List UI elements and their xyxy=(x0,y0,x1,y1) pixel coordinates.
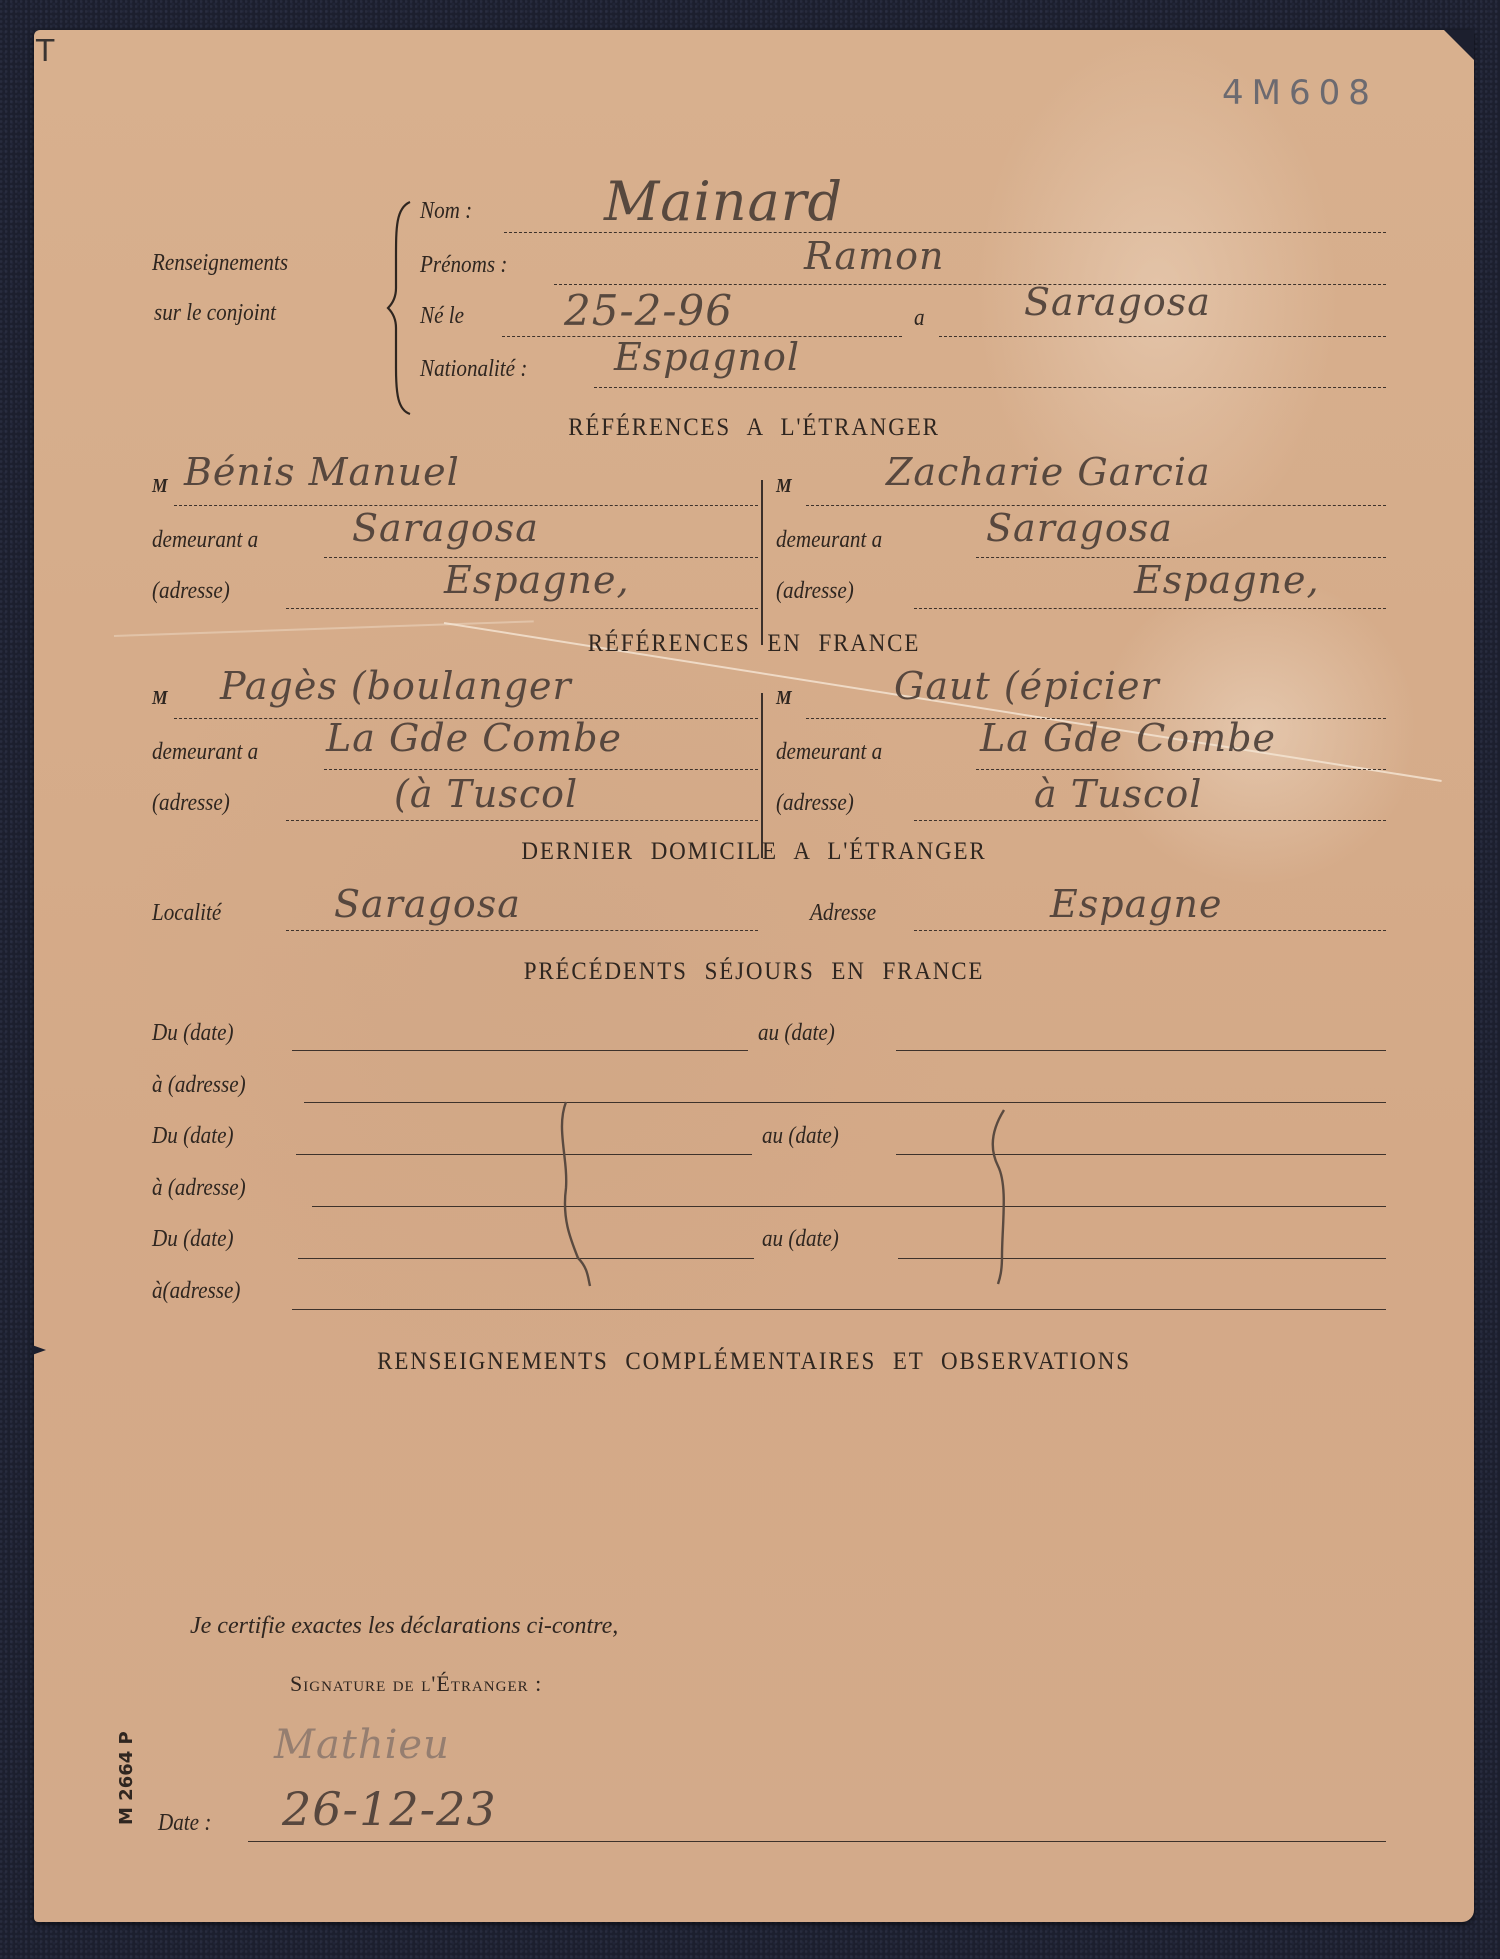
born-at-value[interactable]: Saragosa xyxy=(1024,280,1211,324)
refs-france-left-address-label: (adresse) xyxy=(152,790,230,817)
nationality-label: Nationalité : xyxy=(420,356,527,383)
name-value[interactable]: Mainard xyxy=(604,170,843,233)
nationality-line xyxy=(594,387,1386,388)
stay2-to-label: au (date) xyxy=(762,1123,839,1150)
strike-brace-right-icon xyxy=(984,1106,1044,1286)
refs-abroad-right-residing-value[interactable]: Saragosa xyxy=(986,506,1173,550)
spouse-brace xyxy=(386,198,416,418)
refs-france-divider xyxy=(761,693,763,858)
edge-nick xyxy=(32,1345,46,1355)
date-label: Date : xyxy=(158,1810,211,1837)
refs-abroad-left-address-value[interactable]: Espagne, xyxy=(444,558,630,602)
stay2-to-line[interactable] xyxy=(896,1154,1386,1155)
refs-abroad-right-address-label: (adresse) xyxy=(776,578,854,605)
address-label: Adresse xyxy=(810,900,876,927)
refs-abroad-right-m-value[interactable]: Zacharie Garcia xyxy=(886,450,1211,494)
refs-france-left-residing-label: demeurant a xyxy=(152,739,258,766)
form-sheet: T 4M608 Renseignements sur le conjoint N… xyxy=(34,30,1474,1922)
stay3-address-label: à(adresse) xyxy=(152,1278,240,1305)
previous-stays-heading: PRÉCÉDENTS SÉJOURS EN FRANCE xyxy=(92,958,1417,986)
corner-mark: T xyxy=(36,34,54,69)
firstnames-line xyxy=(554,284,1386,285)
signature-value[interactable]: Mathieu xyxy=(274,1722,450,1768)
stay1-from-line[interactable] xyxy=(292,1050,748,1051)
firstnames-value[interactable]: Ramon xyxy=(804,234,945,278)
born-at-line xyxy=(939,336,1386,337)
spouse-group-label-2: sur le conjoint xyxy=(154,300,276,327)
stay3-to-line[interactable] xyxy=(898,1258,1386,1259)
refs-france-heading: RÉFÉRENCES EN FRANCE xyxy=(92,630,1417,658)
locality-value[interactable]: Saragosa xyxy=(334,882,521,926)
stay3-address-line[interactable] xyxy=(292,1309,1386,1310)
refs-france-right-residing-label: demeurant a xyxy=(776,739,882,766)
stay1-address-label: à (adresse) xyxy=(152,1072,246,1099)
refs-abroad-left-residing-label: demeurant a xyxy=(152,527,258,554)
refs-abroad-right-residing-label: demeurant a xyxy=(776,527,882,554)
stay2-from-label: Du (date) xyxy=(152,1123,234,1150)
last-domicile-heading: DERNIER DOMICILE A L'ÉTRANGER xyxy=(92,838,1417,866)
stay3-from-line[interactable] xyxy=(298,1258,754,1259)
address-line xyxy=(914,930,1386,931)
refs-abroad-right-address-line xyxy=(914,608,1386,609)
certification-statement: Je certifie exactes les déclarations ci-… xyxy=(190,1613,618,1640)
born-at-label: a xyxy=(914,305,925,332)
stay1-to-line[interactable] xyxy=(896,1050,1386,1051)
refs-abroad-left-m-label: M xyxy=(152,475,168,498)
stay2-address-label: à (adresse) xyxy=(152,1175,246,1202)
observations-heading: RENSEIGNEMENTS COMPLÉMENTAIRES ET OBSERV… xyxy=(92,1348,1417,1376)
stay1-from-label: Du (date) xyxy=(152,1020,234,1047)
stay2-address-line[interactable] xyxy=(312,1206,1386,1207)
refs-france-left-m-value[interactable]: Pagès (boulanger xyxy=(220,664,572,708)
refs-abroad-left-address-line xyxy=(286,608,758,609)
refs-abroad-left-residing-value[interactable]: Saragosa xyxy=(352,506,539,550)
nationality-value[interactable]: Espagnol xyxy=(614,335,800,379)
locality-line xyxy=(286,930,758,931)
name-label: Nom : xyxy=(420,198,472,225)
stay2-from-line[interactable] xyxy=(296,1154,752,1155)
refs-france-right-address-line xyxy=(914,820,1386,821)
stay1-address-line[interactable] xyxy=(304,1102,1386,1103)
born-date-value[interactable]: 25-2-96 xyxy=(564,286,733,335)
strike-brace-left-icon xyxy=(554,1098,634,1288)
refs-abroad-divider xyxy=(761,480,763,645)
locality-label: Localité xyxy=(152,900,221,927)
address-value[interactable]: Espagne xyxy=(1050,882,1223,926)
refs-france-right-residing-line xyxy=(976,769,1386,770)
archive-number: 4M608 xyxy=(1222,73,1378,113)
refs-france-right-m-label: M xyxy=(776,687,792,710)
refs-abroad-heading: RÉFÉRENCES A L'ÉTRANGER xyxy=(92,414,1417,442)
refs-france-left-m-label: M xyxy=(152,687,168,710)
spouse-group-label-1: Renseignements xyxy=(152,250,288,277)
refs-france-left-residing-value[interactable]: La Gde Combe xyxy=(326,716,622,760)
refs-france-left-address-value[interactable]: (à Tuscol xyxy=(394,772,578,816)
refs-france-right-address-value[interactable]: à Tuscol xyxy=(1034,772,1202,816)
firstnames-label: Prénoms : xyxy=(420,252,507,279)
refs-abroad-left-address-label: (adresse) xyxy=(152,578,230,605)
refs-france-left-address-line xyxy=(286,820,758,821)
refs-abroad-left-m-value[interactable]: Bénis Manuel xyxy=(184,450,460,494)
date-line xyxy=(248,1841,1386,1842)
refs-france-right-m-value[interactable]: Gaut (épicier xyxy=(894,664,1160,708)
folded-corner xyxy=(1444,30,1474,60)
stay1-to-label: au (date) xyxy=(758,1020,835,1047)
born-label: Né le xyxy=(420,303,464,330)
refs-abroad-right-m-label: M xyxy=(776,475,792,498)
refs-france-right-address-label: (adresse) xyxy=(776,790,854,817)
stay3-to-label: au (date) xyxy=(762,1226,839,1253)
signature-label: Signature de l'Étranger : xyxy=(290,1671,542,1697)
form-code: M 2664 P xyxy=(116,1731,137,1825)
date-value[interactable]: 26-12-23 xyxy=(282,1782,497,1836)
refs-france-right-residing-value[interactable]: La Gde Combe xyxy=(980,716,1276,760)
refs-abroad-right-address-value[interactable]: Espagne, xyxy=(1134,558,1320,602)
stay3-from-label: Du (date) xyxy=(152,1226,234,1253)
refs-france-left-residing-line xyxy=(324,769,758,770)
